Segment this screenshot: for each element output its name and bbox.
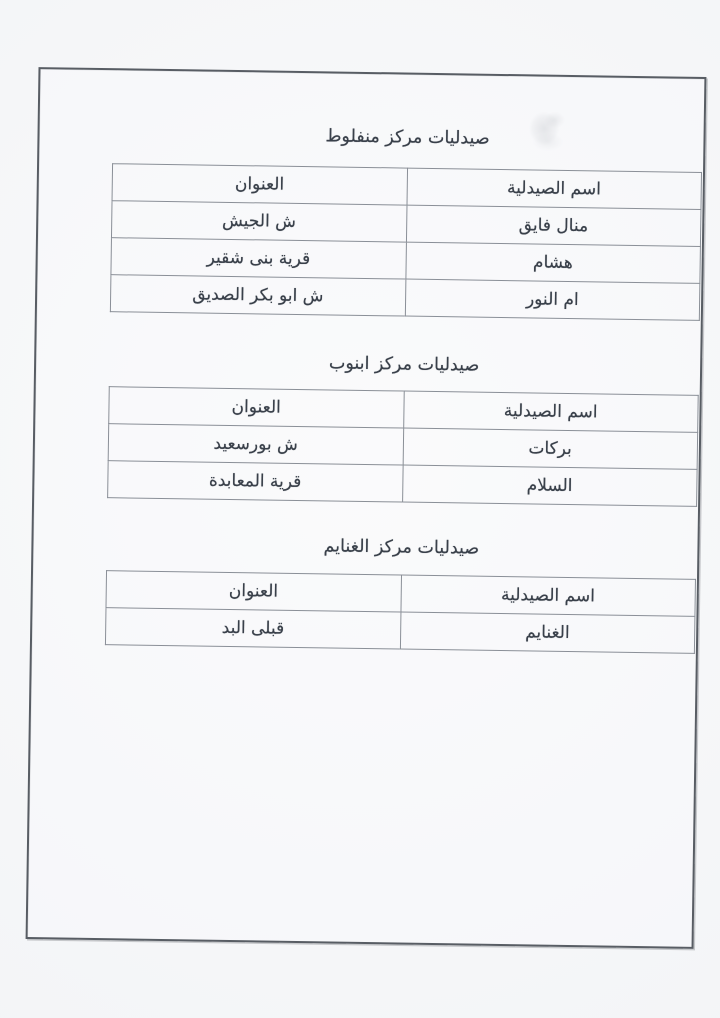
address-cell: ش بورسعيد [108, 424, 403, 465]
section-title-manfalut: صيدليات مركز منفلوط [112, 120, 702, 155]
col-header-pharmacy-name: اسم الصيدلية [400, 575, 695, 616]
col-header-address: العنوان [109, 387, 404, 428]
pharmacy-name-cell: هشام [405, 242, 700, 283]
address-cell: قرية المعابدة [108, 461, 403, 502]
pharmacy-name-cell: منال فايق [406, 205, 701, 246]
pharmacies-table-manfalut: اسم الصيدلية العنوان منال فايق ش الجيش ه… [110, 163, 702, 321]
col-header-address: العنوان [106, 571, 401, 612]
page-border-frame: صيدليات مركز منفلوط اسم الصيدلية العنوان… [26, 67, 707, 949]
pharmacy-name-cell: بركات [403, 428, 698, 469]
pharmacies-table-abnoub: اسم الصيدلية العنوان بركات ش بورسعيد الس… [107, 386, 699, 507]
section-title-ghanayem: صيدليات مركز الغنايم [106, 530, 696, 565]
address-cell: ش الجيش [111, 201, 406, 242]
pharmacy-name-cell: السلام [402, 465, 697, 506]
address-cell: ش ابو بكر الصديق [110, 275, 405, 316]
pharmacies-table-ghanayem: اسم الصيدلية العنوان الغنايم قبلى البد [105, 570, 696, 654]
address-cell: قرية بنى شقير [111, 238, 406, 279]
col-header-pharmacy-name: اسم الصيدلية [406, 168, 701, 209]
scanned-page-background: صيدليات مركز منفلوط اسم الصيدلية العنوان… [0, 0, 720, 1018]
table-row: الغنايم قبلى البد [105, 608, 694, 654]
pharmacy-name-cell: ام النور [405, 279, 700, 320]
table-row: السلام قرية المعابدة [108, 461, 697, 507]
section-title-abnoub: صيدليات مركز ابنوب [109, 347, 699, 382]
table-row: ام النور ش ابو بكر الصديق [110, 275, 699, 321]
address-cell: قبلى البد [105, 608, 400, 649]
pharmacy-name-cell: الغنايم [400, 612, 695, 653]
col-header-address: العنوان [112, 164, 407, 205]
col-header-pharmacy-name: اسم الصيدلية [403, 391, 698, 432]
